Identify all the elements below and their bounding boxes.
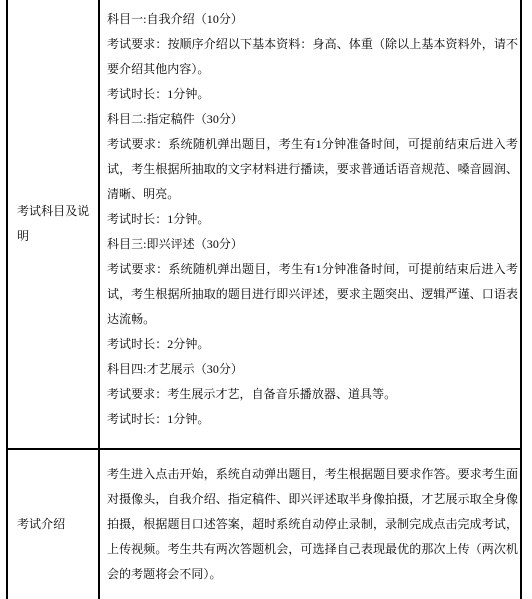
exam-info-table: 考试科目及说明 科目一:自我介绍（10分） 考试要求：按顺序介绍以下基本资料：身…: [6, 0, 522, 599]
paragraph-subject3-requirements: 考试要求：系统随机弹出题目，考生有1分钟准备时间，可提前结束后进入考试，考生根据…: [107, 257, 518, 332]
table-row-introduction: 考试介绍 考生进入点击开始，系统自动弹出题目，考生根据题目要求作答。要求考生面对…: [8, 450, 520, 599]
paragraph-subject3-duration: 考试时长：2分钟。: [107, 332, 518, 357]
exam-document-page: { "document": { "background_color": "#ff…: [0, 0, 532, 599]
paragraph-exam-introduction: 考生进入点击开始，系统自动弹出题目，考生根据题目要求作答。要求考生面对摄像头，自…: [107, 462, 518, 587]
paragraph-subject1-title: 科目一:自我介绍（10分）: [107, 7, 518, 32]
table-row-subjects: 考试科目及说明 科目一:自我介绍（10分） 考试要求：按顺序介绍以下基本资料：身…: [8, 0, 520, 450]
paragraph-subject3-title: 科目三:即兴评述（30分）: [107, 232, 518, 257]
paragraph-subject2-title: 科目二:指定稿件（30分）: [107, 107, 518, 132]
row-label-cell-subjects: 考试科目及说明: [8, 0, 100, 448]
paragraph-subject4-duration: 考试时长：1分钟。: [107, 407, 518, 432]
paragraph-subject4-title: 科目四:才艺展示（30分）: [107, 357, 518, 382]
row-label-introduction: 考试介绍: [17, 512, 65, 537]
paragraph-subject1-requirements: 考试要求：按顺序介绍以下基本资料：身高、体重（除以上基本资料外，请不要介绍其他内…: [107, 32, 518, 82]
paragraph-subject2-duration: 考试时长：1分钟。: [107, 207, 518, 232]
row-content-cell-introduction: 考生进入点击开始，系统自动弹出题目，考生根据题目要求作答。要求考生面对摄像头，自…: [100, 450, 520, 599]
paragraph-subject4-requirements: 考试要求：考生展示才艺，自备音乐播放器、道具等。: [107, 382, 518, 407]
row-label-cell-introduction: 考试介绍: [8, 450, 100, 599]
paragraph-subject1-duration: 考试时长：1分钟。: [107, 82, 518, 107]
row-content-cell-subjects: 科目一:自我介绍（10分） 考试要求：按顺序介绍以下基本资料：身高、体重（除以上…: [100, 0, 520, 448]
row-label-subjects: 考试科目及说明: [17, 199, 98, 249]
paragraph-subject2-requirements: 考试要求：系统随机弹出题目，考生有1分钟准备时间，可提前结束后进入考试，考生根据…: [107, 132, 518, 207]
